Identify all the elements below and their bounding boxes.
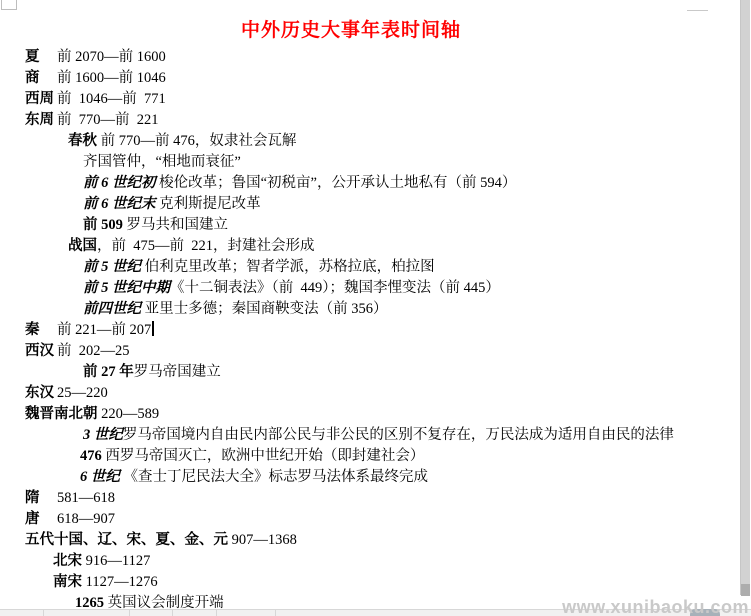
era-detail: 916—1127 [82,553,150,569]
era-detail: 1127—1276 [82,574,158,590]
vertical-scrollbar[interactable] [740,0,750,595]
era-detail: 西罗马帝国灭亡，欧洲中世纪开始（即封建社会） [102,448,425,464]
timeline-line[interactable]: 西周前 1046—前 771 [0,89,741,110]
era-label: 北宋 [53,553,82,569]
era-detail: 25—220 [57,385,108,401]
era-label: 前 5 世纪 [83,259,141,275]
era-detail: 前 2070—前 1600 [57,49,166,65]
era-label: 西周 [25,89,57,110]
timeline-line[interactable]: 前 5 世纪 伯利克里改革；智者学派，苏格拉底，柏拉图 [0,257,741,278]
era-detail: 齐国管仲，“相地而衰征” [83,154,241,170]
timeline-line[interactable]: 476 西罗马帝国灭亡，欧洲中世纪开始（即封建社会） [0,446,741,467]
timeline-line[interactable]: 战国，前 475—前 221，封建社会形成 [0,236,741,257]
era-detail: 前 1046—前 771 [57,91,166,107]
vertical-scrollbar-thumb-end[interactable] [741,584,750,596]
timeline-line[interactable]: 魏晋南北朝 220—589 [0,404,741,425]
timeline-line[interactable]: 前 6 世纪末 克利斯提尼改革 [0,194,741,215]
timeline-line[interactable]: 东汉25—220 [0,383,741,404]
era-detail: 前 221—前 207 [57,322,151,338]
era-detail: 《查士丁尼民法大全》标志罗马法体系最终完成 [120,469,428,485]
timeline-line[interactable]: 6 世纪 《查士丁尼民法大全》标志罗马法体系最终完成 [0,467,741,488]
page-margin-mark-top-right [687,10,708,11]
era-detail: 前 202—25 [57,343,130,359]
status-bar-divider [275,610,276,616]
era-detail: ，前 475—前 221，封建社会形成 [97,238,315,254]
era-detail: 907—1368 [228,532,297,548]
timeline-line[interactable]: 前 6 世纪初 梭伦改革；鲁国“初税亩”，公开承认土地私有（前 594） [0,173,741,194]
document-body[interactable]: 夏前 2070—前 1600 商前 1600—前 1046 西周前 1046—前… [0,47,741,614]
timeline-line[interactable]: 夏前 2070—前 1600 [0,47,741,68]
era-label: 战国 [68,238,97,254]
era-label: 唐 [25,509,57,530]
era-label: 前 6 世纪末 [83,196,156,212]
era-label: 南宋 [53,574,82,590]
era-label: 西汉 [25,341,57,362]
era-label: 春秋 [68,133,97,149]
era-label: 前 27 年 [83,364,134,380]
era-label: 6 世纪 [80,469,120,485]
text-cursor [152,321,154,336]
era-detail: 罗马帝国建立 [134,364,221,380]
timeline-line[interactable]: 北宋 916—1127 [0,551,741,572]
era-label: 东周 [25,110,57,131]
era-label: 五代十国、辽、宋、夏、金、元 [25,530,228,551]
era-label: 魏晋南北朝 [25,404,98,425]
era-detail: 亚里士多德；秦国商鞅变法（前 356） [141,301,388,317]
timeline-line[interactable]: 前 5 世纪中期《十二铜表法》（前 449）；魏国李悝变法（前 445） [0,278,741,299]
era-label: 476 [80,448,102,464]
timeline-line[interactable]: 3 世纪罗马帝国境内自由民内部公民与非公民的区别不复存在，万民法成为适用自由民的… [0,425,741,446]
status-bar-divider [216,610,217,616]
era-label: 前 5 世纪中期 [83,280,170,296]
era-label: 前四世纪 [83,301,141,317]
era-detail: 581—618 [57,490,115,506]
timeline-line[interactable]: 齐国管仲，“相地而衰征” [0,152,741,173]
era-detail: 220—589 [98,406,160,422]
era-detail: 《十二铜表法》（前 449）；魏国李悝变法（前 445） [170,280,500,296]
era-label: 隋 [25,488,57,509]
timeline-line[interactable]: 春秋 前 770—前 476，奴隶社会瓦解 [0,131,741,152]
era-detail: 罗马帝国境内自由民内部公民与非公民的区别不复存在，万民法成为适用自由民的法律 [123,427,674,443]
timeline-line[interactable]: 南宋 1127—1276 [0,572,741,593]
timeline-line[interactable]: 商前 1600—前 1046 [0,68,741,89]
timeline-line[interactable]: 东周前 770—前 221 [0,110,741,131]
era-label: 3 世纪 [83,427,123,443]
timeline-line[interactable]: 五代十国、辽、宋、夏、金、元 907—1368 [0,530,741,551]
era-detail: 前 1600—前 1046 [57,70,166,86]
status-bar-divider [129,610,130,616]
era-label: 前 509 [83,217,123,233]
timeline-line[interactable]: 前 27 年罗马帝国建立 [0,362,741,383]
timeline-line[interactable]: 西汉前 202—25 [0,341,741,362]
era-label: 商 [25,68,57,89]
era-label: 东汉 [25,383,57,404]
era-detail: 前 770—前 221 [57,112,159,128]
status-bar-divider [43,610,44,616]
timeline-line[interactable]: 前 509 罗马共和国建立 [0,215,741,236]
era-label: 秦 [25,320,57,341]
timeline-line[interactable]: 隋581—618 [0,488,741,509]
timeline-line[interactable]: 前四世纪 亚里士多德；秦国商鞅变法（前 356） [0,299,741,320]
era-label: 前 6 世纪初 [83,175,156,191]
status-bar-divider [172,610,173,616]
era-detail: 618—907 [57,511,115,527]
document-title: 中外历史大事年表时间轴 [0,15,702,42]
page-margin-mark-top-left [1,0,17,10]
era-detail: 克利斯提尼改革 [156,196,261,212]
timeline-line[interactable]: 秦前 221—前 207 [0,320,741,341]
era-detail: 伯利克里改革；智者学派，苏格拉底，柏拉图 [141,259,435,275]
era-detail: 罗马共和国建立 [123,217,228,233]
era-detail: 前 770—前 476，奴隶社会瓦解 [97,133,296,149]
era-label: 夏 [25,47,57,68]
era-detail: 梭伦改革；鲁国“初税亩”，公开承认土地私有（前 594） [156,175,517,191]
timeline-line[interactable]: 唐618—907 [0,509,741,530]
watermark: www.xunibaoku.com [562,598,749,616]
